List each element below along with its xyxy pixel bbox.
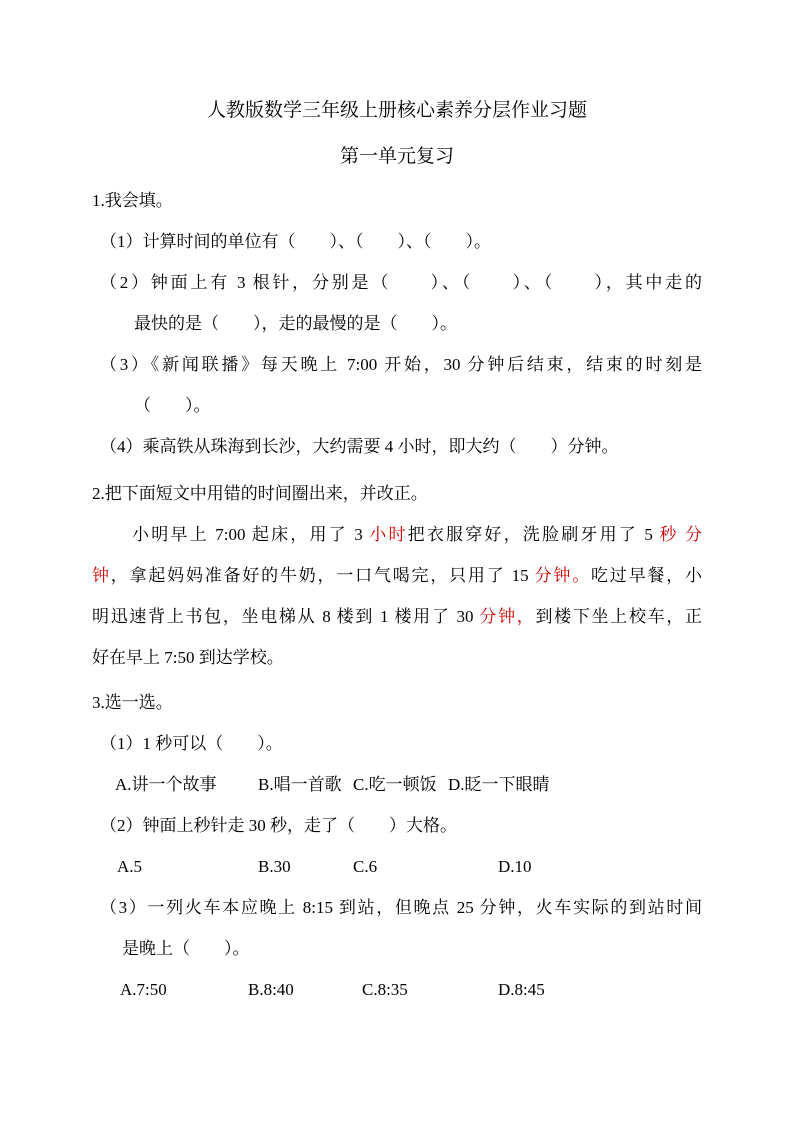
q1-item3-line2: （ ）。: [92, 385, 702, 426]
option-d: D.8:45: [498, 969, 545, 1010]
q1-item3-line1: （3）《新闻联播》每天晚上 7:00 开始，30 分钟后结束，结束的时刻是: [92, 344, 702, 385]
option-b: B.30: [258, 846, 291, 887]
option-a: A.5: [117, 846, 142, 887]
highlighted-time-word: 秒 分: [659, 525, 702, 544]
q2-paragraph-line3: 明迅速背上书包，坐电梯从 8 楼到 1 楼用了 30 分钟，到楼下坐上校车，正: [92, 596, 702, 637]
option-d: D.眨一下眼睛: [448, 764, 550, 805]
option-c: C.吃一顿饭: [353, 764, 437, 805]
q3-item2-question: （2）钟面上秒针走 30 秒，走了（ ）大格。: [92, 805, 702, 846]
option-c: C.6: [353, 846, 377, 887]
q2-paragraph-line2: 钟，拿起妈妈准备好的牛奶，一口气喝完，只用了 15 分钟。吃过早餐，小: [92, 555, 702, 596]
text-segment: 把衣服穿好，洗脸刷牙用了 5: [408, 525, 660, 544]
highlighted-time-word: 钟: [92, 566, 111, 585]
option-a: A.7:50: [120, 969, 167, 1010]
q3-item3-question-line1: （3）一列火车本应晚上 8:15 到站，但晚点 25 分钟，火车实际的到站时间: [92, 887, 702, 928]
unit-title: 第一单元复习: [92, 134, 702, 180]
text-segment: 明迅速背上书包，坐电梯从 8 楼到 1 楼用了 30: [92, 607, 479, 626]
highlighted-time-word: 分钟，: [479, 607, 535, 626]
q3-item2-options: A.5 B.30 C.6 D.10: [92, 846, 702, 887]
q2-heading: 2.把下面短文中用错的时间圈出来，并改正。: [92, 473, 702, 514]
q3-item3-question-line2: 是晚上（ ）。: [92, 928, 702, 969]
q3-item1-options: A.讲一个故事 B.唱一首歌 C.吃一顿饭 D.眨一下眼睛: [92, 764, 702, 805]
option-c: C.8:35: [362, 969, 408, 1010]
q3-heading: 3.选一选。: [92, 682, 702, 723]
document-title: 人教版数学三年级上册核心素养分层作业习题: [92, 88, 702, 134]
text-segment: 吃过早餐，小: [591, 566, 702, 585]
q3-item1-question: （1）1 秒可以（ ）。: [92, 723, 702, 764]
q2-paragraph-line4: 好在早上 7:50 到达学校。: [92, 637, 702, 678]
q1-item2-line1: （2）钟面上有 3 根针，分别是（ ）、（ ）、（ ），其中走的: [92, 262, 702, 303]
worksheet-page: 人教版数学三年级上册核心素养分层作业习题 第一单元复习 1.我会填。 （1）计算…: [0, 0, 794, 1123]
text-segment: 好在早上 7:50 到达学校。: [92, 648, 284, 667]
option-b: B.8:40: [248, 969, 294, 1010]
option-d: D.10: [498, 846, 532, 887]
text-segment: ，拿起妈妈准备好的牛奶，一口气喝完，只用了 15: [111, 566, 535, 585]
text-segment: 小明早上 7:00 起床，用了 3: [132, 525, 369, 544]
text-segment: 到楼下坐上校车，正: [535, 607, 702, 626]
highlighted-time-word: 小时: [369, 525, 407, 544]
q1-item2-line2: 最快的是（ ），走的最慢的是（ ）。: [92, 303, 702, 344]
q1-item1-line: （1）计算时间的单位有（ ）、（ ）、（ ）。: [92, 221, 702, 262]
option-b: B.唱一首歌: [258, 764, 342, 805]
highlighted-time-word: 分钟。: [535, 566, 591, 585]
q1-heading: 1.我会填。: [92, 180, 702, 221]
q2-paragraph-line1: 小明早上 7:00 起床，用了 3 小时把衣服穿好，洗脸刷牙用了 5 秒 分: [92, 514, 702, 555]
q3-item3-options: A.7:50 B.8:40 C.8:35 D.8:45: [92, 969, 702, 1010]
option-a: A.讲一个故事: [115, 764, 217, 805]
q1-item4-line: （4）乘高铁从珠海到长沙，大约需要 4 小时，即大约（ ）分钟。: [92, 426, 702, 467]
